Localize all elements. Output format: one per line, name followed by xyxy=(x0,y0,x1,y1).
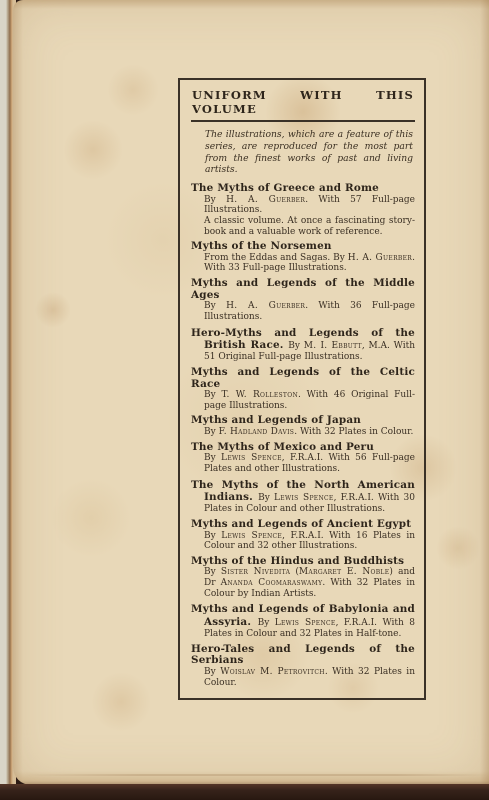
book-list: The Myths of Greece and RomeBy H. A. Gue… xyxy=(191,183,415,688)
uniform-volume-box: UNIFORM WITH THIS VOLUME The illustratio… xyxy=(178,78,426,700)
author-name: Lewis Spence xyxy=(221,531,282,541)
book-entry: Myths of the Hindus and BuddhistsBy Sist… xyxy=(191,556,415,599)
author-name: M. I. Ebbutt xyxy=(304,341,362,351)
book-entry: Myths and Legends of JapanBy F. Hadland … xyxy=(191,415,415,437)
book-entry: Hero-Myths and Legends of the British Ra… xyxy=(191,327,415,363)
author-name: Lewis Spence xyxy=(274,493,334,503)
book-title: Myths and Legends of the Middle Ages xyxy=(191,278,415,301)
details-text: By xyxy=(204,301,226,311)
book-page: UNIFORM WITH THIS VOLUME The illustratio… xyxy=(13,0,489,785)
author-name: F. Hadland Davis xyxy=(219,427,295,437)
details-text: By xyxy=(288,341,303,351)
details-text: . With 32 Plates in Colour. xyxy=(294,427,413,437)
series-note: The illustrations, which are a feature o… xyxy=(205,129,413,176)
book-cover-edge xyxy=(0,784,489,800)
book-title: Myths of the Hindus and Buddhists xyxy=(191,556,415,568)
details-text: By xyxy=(204,567,221,577)
book-entry: Myths and Legends of the Middle AgesBy H… xyxy=(191,278,415,323)
book-details: By H. A. Guerber. With 57 Full-page Illu… xyxy=(204,195,415,216)
author-name: Lewis Spence xyxy=(275,618,336,628)
book-title: The Myths of Mexico and Peru xyxy=(191,442,415,454)
book-title: Myths and Legends of the Celtic Race xyxy=(191,367,415,390)
book-entry: Myths and Legends of Babylonia and Assyr… xyxy=(191,603,415,639)
book-entry: Hero-Tales and Legends of the SerbiansBy… xyxy=(191,644,415,689)
book-details: By F. Hadland Davis. With 32 Plates in C… xyxy=(204,427,415,438)
author-name: Ananda Coomaraswamy xyxy=(221,578,323,588)
book-entry: Myths and Legends of Ancient EgyptBy Lew… xyxy=(191,519,415,552)
book-photo: UNIFORM WITH THIS VOLUME The illustratio… xyxy=(0,0,489,800)
book-details: From the Eddas and Sagas. By H. A. Guerb… xyxy=(204,253,415,274)
book-title-and-details: Myths and Legends of Babylonia and Assyr… xyxy=(191,603,415,639)
box-title: UNIFORM WITH THIS VOLUME xyxy=(191,86,415,122)
details-text: By xyxy=(204,531,221,541)
book-details: By Woislav M. Petrovitch. With 32 Plates… xyxy=(204,667,415,688)
book-title: Myths and Legends of Ancient Egypt xyxy=(191,519,415,531)
book-details: By T. W. Rolleston. With 46 Original Ful… xyxy=(204,390,415,411)
book-entry: The Myths of Greece and RomeBy H. A. Gue… xyxy=(191,183,415,237)
book-title-and-details: Hero-Myths and Legends of the British Ra… xyxy=(191,327,415,363)
book-title: Hero-Tales and Legends of the Serbians xyxy=(191,644,415,667)
details-text: By xyxy=(204,195,226,205)
author-name: Lewis Spence xyxy=(221,453,282,463)
book-title: Myths and Legends of Japan xyxy=(191,415,415,427)
book-entry: Myths and Legends of the Celtic RaceBy T… xyxy=(191,367,415,412)
author-name: H. A. Guerber xyxy=(348,253,412,263)
book-details: By Sister Nivedita (Margaret E. Noble) a… xyxy=(204,567,415,599)
book-details: A classic volume. At once a fascinating … xyxy=(204,216,415,237)
author-name: H. A. Guerber xyxy=(226,301,305,311)
book-entry: The Myths of Mexico and PeruBy Lewis Spe… xyxy=(191,442,415,475)
book-title: Myths of the Norsemen xyxy=(191,241,415,253)
author-name: H. A. Guerber xyxy=(226,195,305,205)
details-text: A classic volume. At once a fascinating … xyxy=(204,216,415,237)
details-text: By xyxy=(204,390,222,400)
details-text: From the Eddas and Sagas. By xyxy=(204,253,348,263)
book-title: The Myths of Greece and Rome xyxy=(191,183,415,195)
book-title-and-details: The Myths of the North American Indians.… xyxy=(191,479,415,515)
author-name: Margaret E. Noble xyxy=(299,567,390,577)
author-name: Sister Nivedita xyxy=(221,567,290,577)
details-text: By xyxy=(204,453,221,463)
book-details: By Lewis Spence, F.R.A.I. With 16 Plates… xyxy=(204,531,415,552)
author-name: Woislav M. Petrovitch xyxy=(220,667,325,677)
book-entry: The Myths of the North American Indians.… xyxy=(191,479,415,515)
details-text: By xyxy=(204,427,219,437)
book-details: By Lewis Spence, F.R.A.I. With 56 Full-p… xyxy=(204,453,415,474)
author-name: T. W. Rolleston xyxy=(222,390,299,400)
details-text: By xyxy=(258,493,274,503)
details-text: By xyxy=(204,667,220,677)
book-entry: Myths of the NorsemenFrom the Eddas and … xyxy=(191,241,415,274)
details-text: ( xyxy=(290,567,299,577)
details-text: By xyxy=(258,618,275,628)
book-details: By H. A. Guerber. With 36 Full-page Illu… xyxy=(204,301,415,322)
